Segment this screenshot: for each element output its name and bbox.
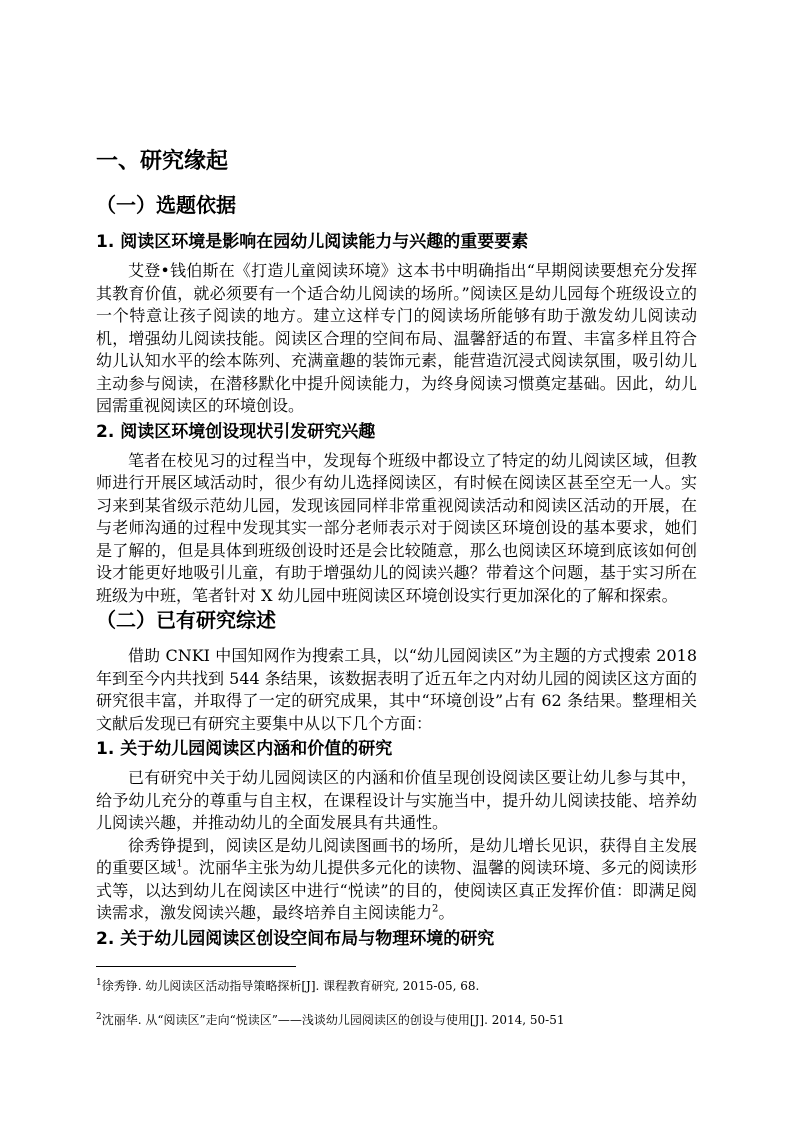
footnote-text-2: 沈丽华. 从“阅读区”走向“悦读区”——浅谈幼儿园阅读区的创设与使用[J]. 2…: [102, 1013, 565, 1027]
footnote-item-2: 2沈丽华. 从“阅读区”走向“悦读区”——浅谈幼儿园阅读区的创设与使用[J]. …: [96, 1013, 697, 1028]
subsection-heading-literature-review: （二）已有研究综述: [96, 607, 697, 633]
document-page: 一、研究缘起 （一）选题依据 1. 阅读区环境是影响在园幼儿阅读能力与兴趣的重要…: [0, 0, 793, 1122]
point-heading-3: 1. 关于幼儿园阅读区内涵和价值的研究: [96, 737, 697, 761]
paragraph-connotation-value: 已有研究中关于幼儿园阅读区的内涵和价值呈现创设阅读区要让幼儿参与其中，给予幼儿充…: [96, 767, 697, 835]
paragraph-cnki-search: 借助 CNKI 中国知网作为搜索工具，以“幼儿园阅读区”为主题的方式搜索 201…: [96, 645, 697, 735]
point-heading-2: 2. 阅读区环境创设现状引发研究兴趣: [96, 420, 697, 444]
paragraph-research-interest: 笔者在校见习的过程当中，发现每个班级中都设立了特定的幼儿阅读区域，但教师进行开展…: [96, 450, 697, 608]
chapter-heading: 一、研究缘起: [96, 148, 697, 176]
footnotes-section: 1徐秀铮. 幼儿阅读区活动指导策略探析[J]. 课程教育研究, 2015-05,…: [96, 966, 697, 1047]
paragraph-reading-area-importance: 艾登•钱伯斯在《打造儿童阅读环境》这本书中明确指出“早期阅读要想充分发挥其教育价…: [96, 260, 697, 418]
footnote-item-1: 1徐秀铮. 幼儿阅读区活动指导策略探析[J]. 课程教育研究, 2015-05,…: [96, 979, 697, 994]
paragraph-text-segment: 。: [438, 903, 454, 922]
subsection-heading-topic-basis: （一）选题依据: [96, 192, 697, 218]
footnote-text-1: 徐秀铮. 幼儿阅读区活动指导策略探析[J]. 课程教育研究, 2015-05, …: [102, 979, 480, 993]
paragraph-text-segment: 。沈丽华主张为幼儿提供多元化的读物、温馨的阅读环境、多元的阅读形式等，以达到幼儿…: [96, 858, 697, 922]
footnote-separator-line: [96, 966, 296, 967]
point-heading-1: 1. 阅读区环境是影响在园幼儿阅读能力与兴趣的重要要素: [96, 230, 697, 254]
paragraph-scholars-views: 徐秀铮提到，阅读区是幼儿阅读图画书的场所，是幼儿增长见识，获得自主发展的重要区域…: [96, 835, 697, 925]
point-heading-4: 2. 关于幼儿园阅读区创设空间布局与物理环境的研究: [96, 927, 697, 951]
document-content: 一、研究缘起 （一）选题依据 1. 阅读区环境是影响在园幼儿阅读能力与兴趣的重要…: [96, 148, 697, 957]
